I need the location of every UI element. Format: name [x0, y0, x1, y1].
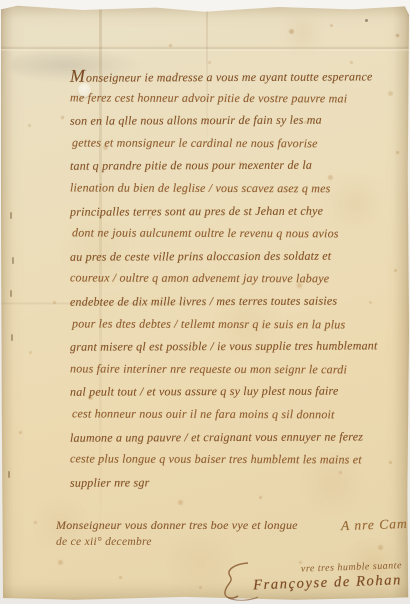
manuscript-line: dont ne jouis aulcunemt oultre le revenu… — [72, 222, 406, 246]
margin-crease-mark — [8, 471, 10, 478]
foxing-stains — [1, 4, 4, 7]
margin-crease-mark — [10, 212, 12, 219]
manuscript-line: son en la qlle nous allons mourir de fai… — [70, 108, 406, 132]
manuscript-line: lienation du bien de leglise / vous scav… — [70, 176, 406, 200]
manuscript-line: tant q prandre pitie de nous pour mexent… — [70, 154, 406, 178]
letter-body: Monseigneur ie madresse a vous me ayant … — [70, 64, 406, 493]
manuscript-line: cest honneur nous ouir il ne fara moins … — [72, 402, 406, 426]
manuscript-letter-photo: Monseigneur ie madresse a vous me ayant … — [0, 0, 410, 604]
letter-closing: Monseigneur vous donner tres boe vye et … — [56, 517, 408, 548]
manuscript-line: Monseigneur ie madresse a vous me ayant … — [70, 63, 406, 87]
margin-crease-mark — [12, 257, 14, 264]
manuscript-line: principalles terres sont au pres de st J… — [70, 199, 406, 223]
manuscript-line: endebtee de dix mille livres / mes terre… — [70, 289, 406, 313]
closing-place: A nre Cam — [341, 516, 408, 534]
manuscript-line: nous faire interiner nre requeste ou mon… — [70, 357, 406, 381]
manuscript-line: laumone a ung pauvre / et craignant vous… — [70, 425, 406, 449]
manuscript-line: nal peult tout / et vous assure q sy luy… — [70, 380, 406, 404]
manuscript-line: gettes et monsigneur le cardinal ne nous… — [72, 131, 406, 155]
signature-block: vre tres humble suante Françoyse de Roha… — [182, 564, 402, 593]
manuscript-line: me ferez cest honneur advoir pitie de vo… — [70, 86, 406, 110]
margin-crease-mark — [10, 290, 12, 297]
manuscript-line: supplier nre sgr — [70, 470, 406, 494]
closing-wish: Monseigneur vous donner tres boe vye et … — [56, 518, 298, 533]
manuscript-line: coureux / oultre q amon advenemt jay tro… — [70, 267, 406, 291]
date-line: de ce xii° decembre — [56, 536, 408, 548]
manuscript-line: ceste plus longue q vous baiser tres hum… — [70, 448, 406, 472]
manuscript-line: au pres de ceste ville prins aloccasion … — [70, 244, 406, 268]
margin-crease-mark — [11, 334, 13, 341]
manuscript-line: grant misere ql est possible / ie vous s… — [70, 334, 406, 358]
manuscript-line: pour les dtes debtes / tellemt monsr q i… — [72, 312, 406, 336]
